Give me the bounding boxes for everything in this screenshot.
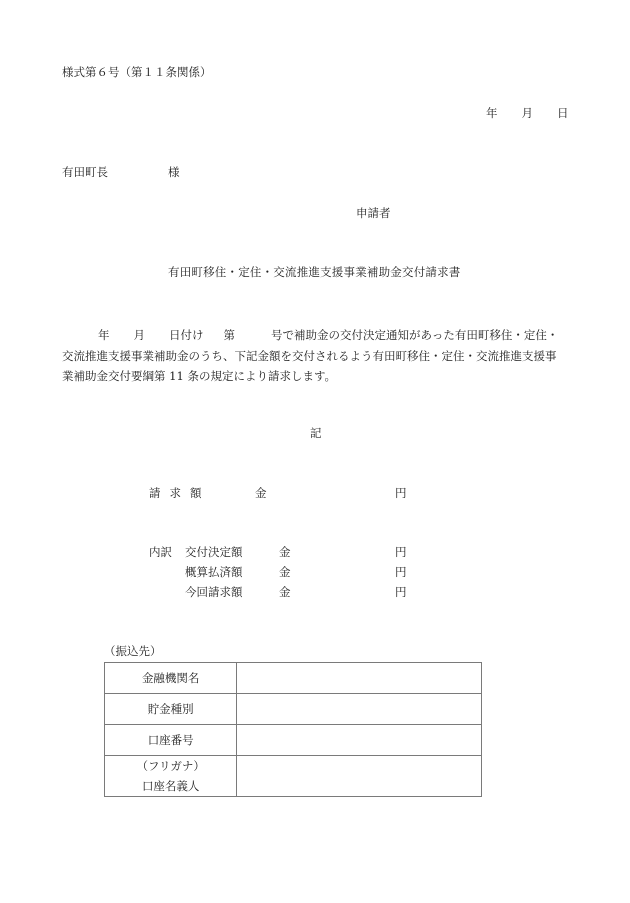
claim-label: 請求額	[149, 486, 211, 500]
claim-row: 請求額	[149, 488, 211, 500]
breakdown-yen: 円	[395, 567, 407, 579]
bank-name-label: 金融機関名	[105, 663, 237, 694]
account-type-label: 貯金種別	[105, 694, 237, 725]
date-year: 年	[486, 108, 498, 120]
breakdown-kin: 金	[279, 567, 291, 579]
account-number-field[interactable]	[237, 725, 482, 756]
table-row: 貯金種別	[105, 694, 482, 725]
body-line-1: 年月日付け第号で補助金の交付決定通知があった有田町移住・定住・	[62, 325, 576, 346]
addressee-name: 有田町長	[62, 165, 108, 179]
table-row: （フリガナ） 口座名義人	[105, 756, 482, 797]
form-number: 様式第６号（第１１条関係）	[62, 67, 212, 79]
body-year: 年	[98, 328, 110, 342]
furigana-label: （フリガナ）	[105, 756, 236, 776]
body-line-3: 業補助金交付要綱第 11 条の規定により請求します。	[62, 366, 576, 387]
bank-account-table: 金融機関名 貯金種別 口座番号 （フリガナ） 口座名義人	[104, 662, 482, 797]
applicant-label: 申請者	[356, 208, 391, 220]
ki-heading: 記	[310, 428, 322, 440]
breakdown-prefix: 内訳	[149, 547, 185, 559]
date-line: 年月日	[486, 108, 569, 120]
account-holder-label: （フリガナ） 口座名義人	[105, 756, 237, 797]
breakdown-row: 内訳交付決定額	[149, 547, 243, 559]
account-type-field[interactable]	[237, 694, 482, 725]
breakdown-label: 交付決定額	[185, 545, 243, 559]
account-holder-field[interactable]	[237, 756, 482, 797]
claim-kin: 金	[255, 488, 267, 500]
table-row: 口座番号	[105, 725, 482, 756]
date-month: 月	[522, 108, 534, 120]
body-day-dated: 日付け	[169, 328, 204, 342]
breakdown-kin: 金	[279, 547, 291, 559]
body-number-prefix: 第	[224, 328, 236, 342]
body-paragraph: 年月日付け第号で補助金の交付決定通知があった有田町移住・定住・ 交流推進支援事業…	[62, 325, 576, 387]
breakdown-yen: 円	[395, 587, 407, 599]
breakdown-kin: 金	[279, 587, 291, 599]
breakdown-row: 今回請求額	[149, 587, 243, 599]
account-holder-name-label: 口座名義人	[105, 776, 236, 796]
table-row: 金融機関名	[105, 663, 482, 694]
breakdown-label: 概算払済額	[185, 565, 243, 579]
transfer-label: （振込先）	[104, 646, 162, 658]
addressee-honorific: 様	[168, 165, 180, 179]
body-month: 月	[134, 328, 146, 342]
date-day: 日	[557, 108, 569, 120]
breakdown-yen: 円	[395, 547, 407, 559]
claim-yen: 円	[395, 488, 407, 500]
body-line1-rest: 号で補助金の交付決定通知があった有田町移住・定住・	[271, 328, 558, 342]
addressee: 有田町長様	[62, 167, 180, 179]
document-title: 有田町移住・定住・交流推進支援事業補助金交付請求書	[168, 267, 461, 279]
account-number-label: 口座番号	[105, 725, 237, 756]
breakdown-label: 今回請求額	[185, 585, 243, 599]
body-line-2: 交流推進支援事業補助金のうち、下記金額を交付されるよう有田町移住・定住・交流推進…	[62, 346, 576, 367]
bank-name-field[interactable]	[237, 663, 482, 694]
breakdown-row: 概算払済額	[149, 567, 243, 579]
